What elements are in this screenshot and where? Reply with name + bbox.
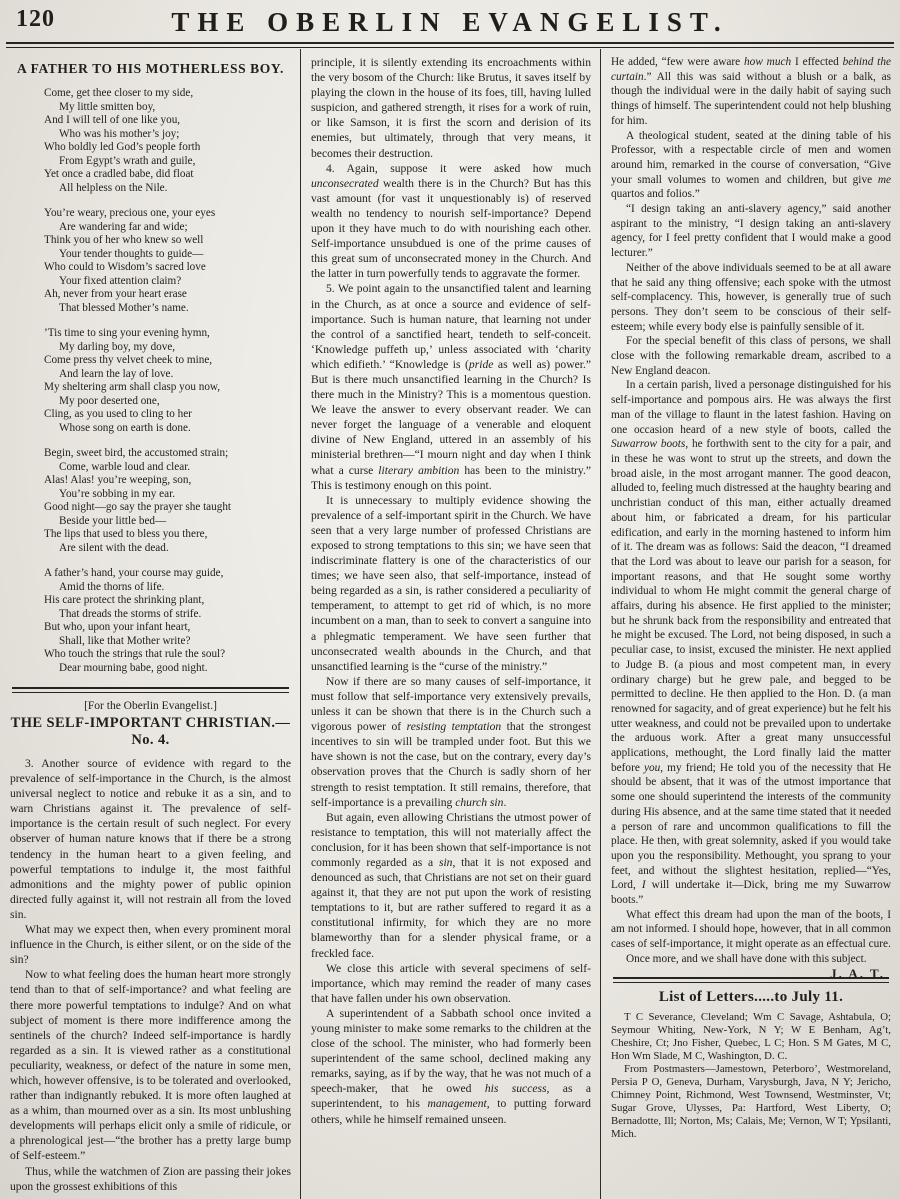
masthead: 120 THE OBERLIN EVANGELIST. [0,0,900,40]
poem-line: All helpless on the Nile. [44,182,291,196]
essay-paragraph: What effect this dream had upon the man … [611,908,891,952]
essay-closing-paragraph: Once more, and we shall have done with t… [611,952,891,967]
essay-paragraph: 5. We point again to the unsanctified ta… [311,281,591,492]
poem-line: That dreads the storms of strife. [44,608,291,622]
essay-paragraph: Thus, while the watchmen of Zion are pas… [10,1164,291,1194]
essay-dateline: [For the Oberlin Evangelist.] [10,700,291,712]
letters-paragraph: T C Severance, Cleveland; Wm C Savage, A… [611,1011,891,1063]
column-2: principle, it is silently extending its … [300,49,600,1199]
paper-title: THE OBERLIN EVANGELIST. [0,0,900,38]
poem-line: Amid the thorns of life. [44,581,291,595]
poem-line: Who boldly led God’s people forth [44,141,291,155]
poem-line: Dear mourning babe, good night. [44,662,291,676]
letters-paragraph: From Postmasters—Jamestown, Peterboro’, … [611,1063,891,1142]
poem-line: My poor deserted one, [44,395,291,409]
essay-paragraph: “I design taking an anti-slavery agency,… [611,202,891,261]
essay-paragraph: It is unnecessary to multiply evidence s… [311,493,591,674]
poem-line: Cling, as you used to cling to her [44,408,291,422]
poem-line: Come, warble loud and clear. [44,461,291,475]
poem-line: Alas! Alas! you’re weeping, son, [44,474,291,488]
poem-line: And learn the lay of love. [44,368,291,382]
page-number: 120 [16,6,55,33]
essay-paragraph: What may we expect then, when every prom… [10,922,291,967]
essay-paragraph: Now to what feeling does the human heart… [10,967,291,1163]
poem-line: But who, upon your infant heart, [44,621,291,635]
poem-line: Who was his mother’s joy; [44,128,291,142]
poem-article: A FATHER TO HIS MOTHERLESS BOY. Come, ge… [10,61,291,675]
poem-line: His care protect the shrinking plant, [44,594,291,608]
poem-line: Think you of her who knew so well [44,234,291,248]
essay-paragraph: 4. Again, suppose it were asked how much… [311,161,591,282]
column-1: A FATHER TO HIS MOTHERLESS BOY. Come, ge… [0,49,300,1199]
essay-paragraph: Now if there are so many causes of self-… [311,674,591,810]
poem-line: From Egypt’s wrath and guile, [44,155,291,169]
essay-signature: J. A. T. [815,967,891,982]
poem-title: A FATHER TO HIS MOTHERLESS BOY. [10,61,291,77]
essay-paragraph: A superintendent of a Sabbath school onc… [311,1006,591,1127]
essay-closing-text: Once more, and we shall have done with t… [626,953,867,965]
poem-line: Who could to Wisdom’s sacred love [44,261,291,275]
poem-line: Come press thy velvet cheek to mine, [44,354,291,368]
newspaper-page: 120 THE OBERLIN EVANGELIST. A FATHER TO … [0,0,900,1199]
poem-line: A father’s hand, your course may guide, [44,567,291,581]
poem-stanza-1: Come, get thee closer to my side,My litt… [44,87,291,195]
poem-line: Your tender thoughts to guide— [44,248,291,262]
essay-paragraph: 3. Another source of evidence with regar… [10,756,291,922]
poem-line: My darling boy, my dove, [44,341,291,355]
poem-stanza-5: A father’s hand, your course may guide,A… [44,567,291,675]
column-layout: A FATHER TO HIS MOTHERLESS BOY. Come, ge… [0,49,900,1199]
poem-line: My sheltering arm shall clasp you now, [44,381,291,395]
poem-line: You’re sobbing in my ear. [44,488,291,502]
essay-paragraph: But again, even allowing Christians the … [311,810,591,961]
poem-stanza-4: Begin, sweet bird, the accustomed strain… [44,447,291,555]
poem-line: Begin, sweet bird, the accustomed strain… [44,447,291,461]
poem-line: Good night—go say the prayer she taught [44,501,291,515]
essay-paragraph: He added, “few were aware how much I eff… [611,55,891,129]
essay-article: [For the Oberlin Evangelist.] THE SELF-I… [10,700,291,1194]
essay-title: THE SELF-IMPORTANT CHRISTIAN.—No. 4. [10,715,291,749]
poem-line: Who touch the strings that rule the soul… [44,648,291,662]
essay-paragraph: principle, it is silently extending its … [311,55,591,161]
column-3: He added, “few were aware how much I eff… [600,49,900,1199]
poem-line: Come, get thee closer to my side, [44,87,291,101]
essay-paragraph: We close this article with several speci… [311,961,591,1006]
poem-line: Your fixed attention claim? [44,275,291,289]
section-divider-rule [12,687,289,693]
poem-line: Are silent with the dead. [44,542,291,556]
poem-line: Whose song on earth is done. [44,422,291,436]
masthead-rule [6,42,894,48]
poem-stanza-3: ’Tis time to sing your evening hymn,My d… [44,327,291,435]
essay-paragraph: A theological student, seated at the din… [611,129,891,203]
poem-line: You’re weary, precious one, your eyes [44,207,291,221]
poem-line: Ah, never from your heart erase [44,288,291,302]
essay-paragraph: For the special benefit of this class of… [611,334,891,378]
poem-line: Shall, like that Mother write? [44,635,291,649]
poem-stanza-2: You’re weary, precious one, your eyesAre… [44,207,291,315]
poem-line: Yet once a cradled babe, did float [44,168,291,182]
poem-line: My little smitten boy, [44,101,291,115]
poem-line: Are wandering far and wide; [44,221,291,235]
essay-paragraph: In a certain parish, lived a personage d… [611,378,891,907]
letters-section: List of Letters.....to July 11. T C Seve… [611,989,891,1142]
poem-line: That blessed Mother’s name. [44,302,291,316]
poem-line: Beside your little bed— [44,515,291,529]
letters-title: List of Letters.....to July 11. [611,989,891,1006]
essay-paragraph: Neither of the above individuals seemed … [611,261,891,335]
poem-line: The lips that used to bless you there, [44,528,291,542]
poem-line: ’Tis time to sing your evening hymn, [44,327,291,341]
poem-line: And I will tell of one like you, [44,114,291,128]
